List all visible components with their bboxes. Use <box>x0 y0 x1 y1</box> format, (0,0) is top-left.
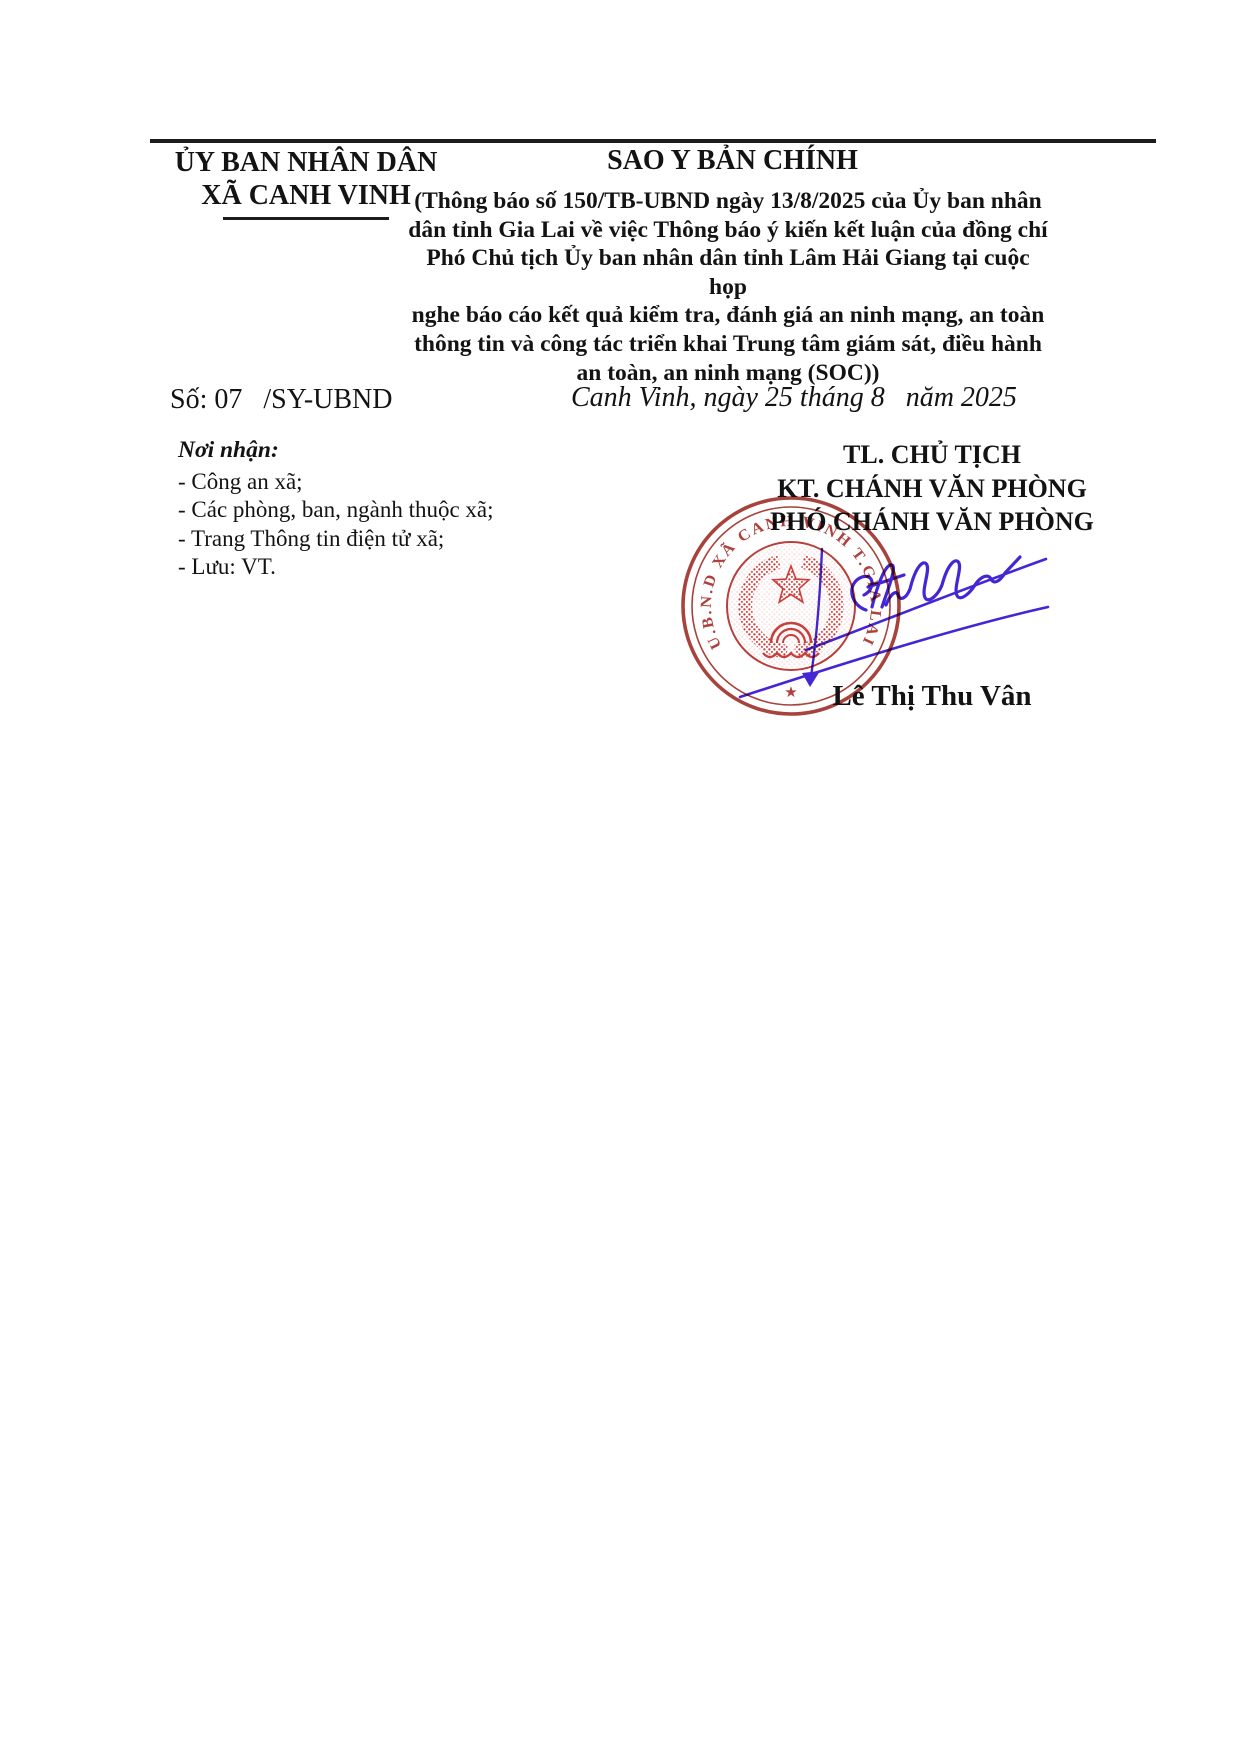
handwritten-signature <box>718 515 1052 705</box>
certified-copy-note: (Thông báo số 150/TB-UBND ngày 13/8/2025… <box>408 187 1048 387</box>
note-line: nghe báo cáo kết quả kiểm tra, đánh giá … <box>408 301 1048 330</box>
note-line: Phó Chủ tịch Ủy ban nhân dân tỉnh Lâm Hả… <box>408 244 1048 301</box>
note-line: thông tin và công tác triển khai Trung t… <box>408 330 1048 359</box>
document-page: ỦY BAN NHÂN DÂN XÃ CANH VINH SAO Y BẢN C… <box>0 0 1241 1755</box>
org-underline <box>223 217 389 220</box>
recipient-item: - Trang Thông tin điện tử xã; <box>178 525 494 554</box>
recipient-item: - Công an xã; <box>178 468 494 497</box>
note-line: (Thông báo số 150/TB-UBND ngày 13/8/2025… <box>408 187 1048 216</box>
note-line: dân tỉnh Gia Lai về việc Thông báo ý kiế… <box>408 216 1048 245</box>
signature-downstroke <box>810 549 822 683</box>
recipients-label: Nơi nhận: <box>178 436 494 465</box>
signature-title-line1: TL. CHỦ TỊCH <box>757 438 1107 472</box>
header-divider-rule <box>150 139 1156 143</box>
document-number: Số: 07 /SY-UBND <box>170 384 392 416</box>
signer-name: Lê Thị Thu Vân <box>757 680 1107 713</box>
place-and-date: Canh Vinh, ngày 25 tháng 8 năm 2025 <box>571 382 1017 414</box>
recipients-block: Nơi nhận: - Công an xã; - Các phòng, ban… <box>178 436 494 582</box>
recipient-item: - Các phòng, ban, ngành thuộc xã; <box>178 496 494 525</box>
signature-cursive <box>852 557 1020 610</box>
recipient-item: - Lưu: VT. <box>178 553 494 582</box>
certified-copy-title: SAO Y BẢN CHÍNH <box>420 146 1045 176</box>
org-name-line1: ỦY BAN NHÂN DÂN <box>150 146 462 179</box>
